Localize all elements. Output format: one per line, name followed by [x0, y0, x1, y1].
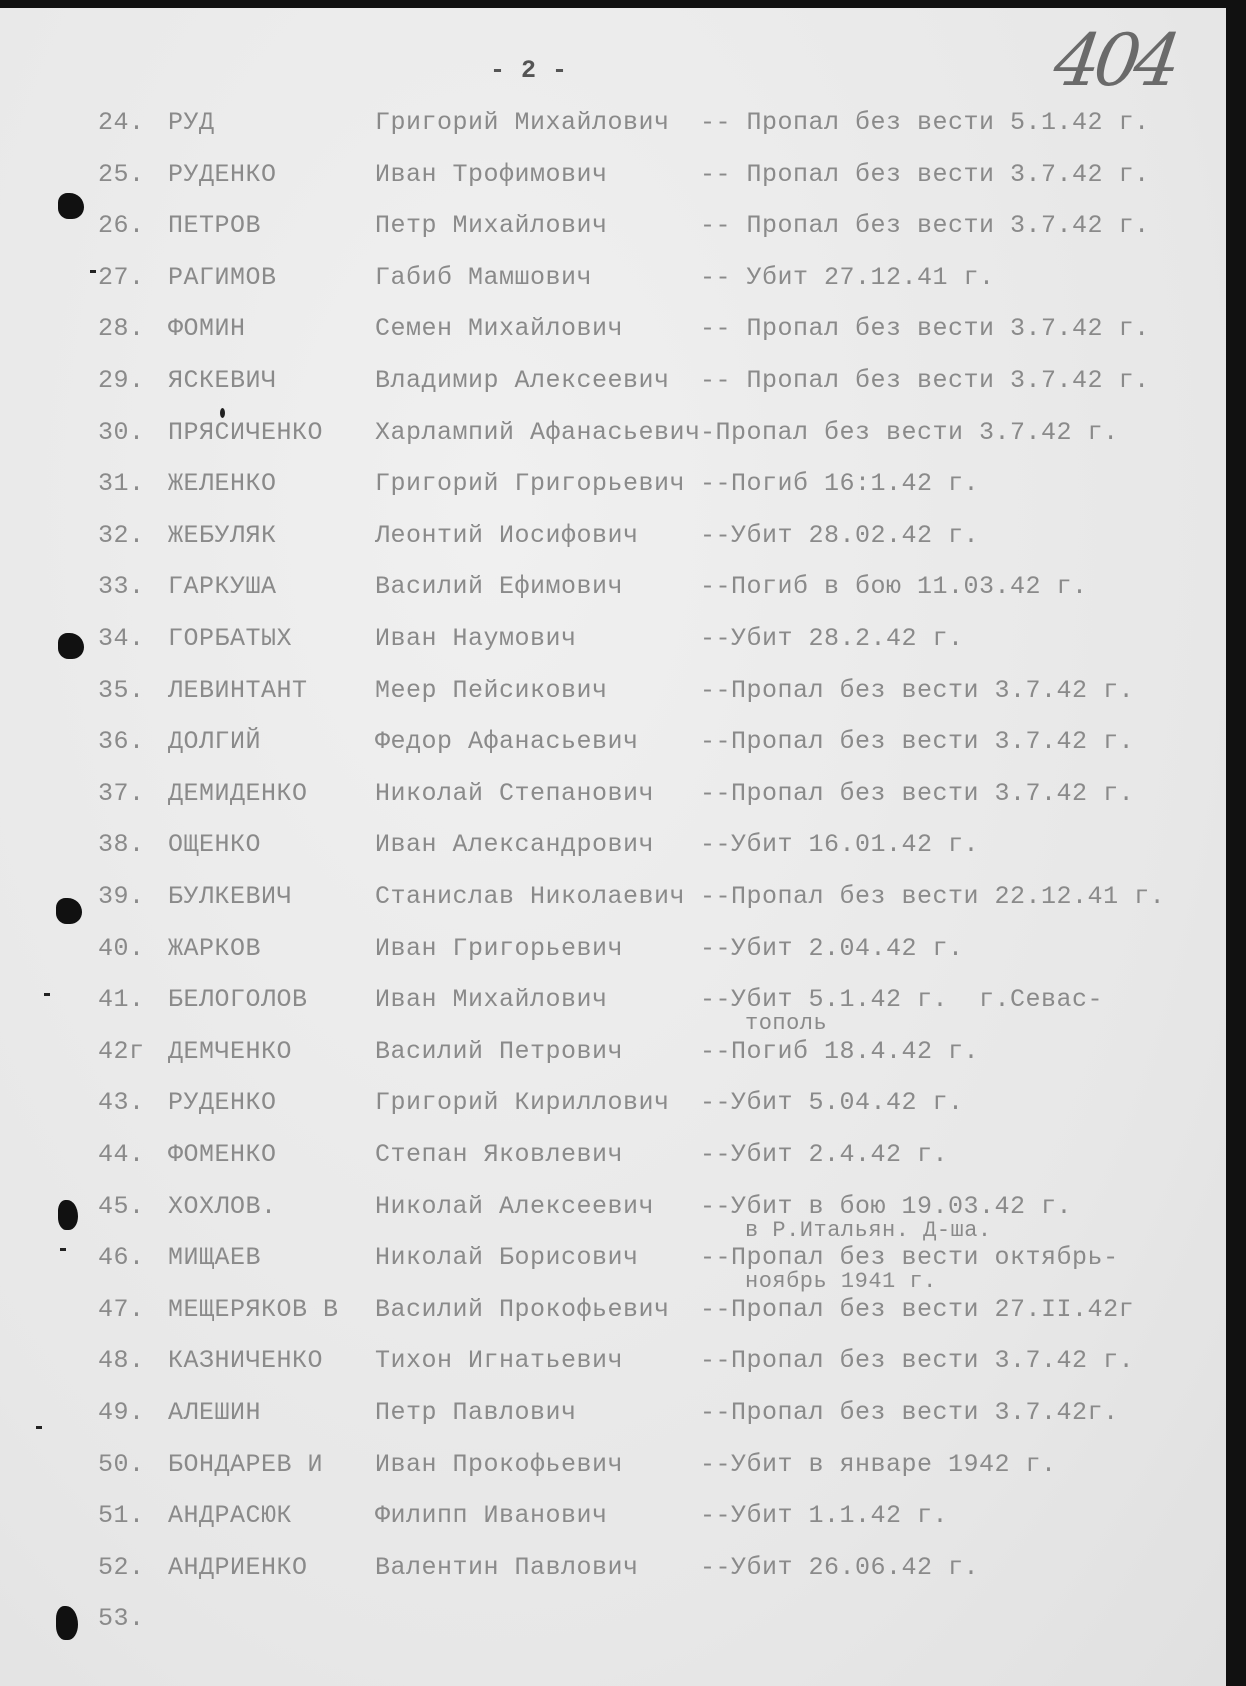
- list-item: 39.БУЛКЕВИЧСтанислав Николаевич--Пропал …: [0, 882, 1226, 916]
- fate-status: --Пропал без вести 3.7.42 г.: [700, 779, 1134, 808]
- fate-status: -- Пропал без вести 3.7.42 г.: [700, 211, 1150, 240]
- list-item: 31.ЖЕЛЕНКОГригорий Григорьевич--Погиб 16…: [0, 469, 1226, 503]
- surname: РУД: [168, 108, 215, 137]
- list-item: 38.ОЩЕНКОИван Александрович--Убит 16.01.…: [0, 830, 1226, 864]
- list-item: 46.МИЩАЕВНиколай Борисович--Пропал без в…: [0, 1243, 1226, 1277]
- entry-number: 39.: [98, 882, 145, 911]
- fate-status: --Пропал без вести 3.7.42г.: [700, 1398, 1119, 1427]
- entry-number: 28.: [98, 314, 145, 343]
- fate-status: --Убит 2.4.42 г.: [700, 1140, 948, 1169]
- entry-number: 50.: [98, 1450, 145, 1479]
- scan-border-top: [0, 0, 1246, 8]
- fate-status: --Пропал без вести 27.II.42г: [700, 1295, 1134, 1324]
- surname: ОЩЕНКО: [168, 830, 261, 859]
- fate-status: -- Пропал без вести 5.1.42 г.: [700, 108, 1150, 137]
- fate-note: в Р.Итальян. Д-ша.: [745, 1218, 992, 1243]
- surname: МЕЩЕРЯКОВ В: [168, 1295, 339, 1324]
- fate-note: тополь: [745, 1011, 827, 1036]
- given-name-patronymic: Иван Александрович: [375, 830, 654, 859]
- ink-blot: [58, 1200, 78, 1230]
- fate-status: --Пропал без вести 3.7.42 г.: [700, 727, 1134, 756]
- speck: [220, 408, 225, 418]
- surname: АНДРАСЮК: [168, 1501, 292, 1530]
- given-name-patronymic: Иван Прокофьевич: [375, 1450, 623, 1479]
- ink-blot: [58, 193, 84, 219]
- list-item: 25.РУДЕНКОИван Трофимович-- Пропал без в…: [0, 160, 1226, 194]
- given-name-patronymic: Валентин Павлович: [375, 1553, 639, 1582]
- given-name-patronymic: Петр Михайлович: [375, 211, 608, 240]
- entry-number: 53.: [98, 1604, 145, 1633]
- surname: ХОХЛОВ.: [168, 1192, 277, 1221]
- entry-number: 47.: [98, 1295, 145, 1324]
- list-item: 29.ЯСКЕВИЧВладимир Алексеевич-- Пропал б…: [0, 366, 1226, 400]
- speck: [60, 1248, 66, 1251]
- surname: ГАРКУША: [168, 572, 277, 601]
- list-item: 40.ЖАРКОВИван Григорьевич--Убит 2.04.42 …: [0, 934, 1226, 968]
- fate-status: --Пропал без вести 3.7.42 г.: [700, 1346, 1134, 1375]
- entry-number: 43.: [98, 1088, 145, 1117]
- list-item: 51.АНДРАСЮКФилипп Иванович--Убит 1.1.42 …: [0, 1501, 1226, 1535]
- list-item: 35.ЛЕВИНТАНТМеер Пейсикович--Пропал без …: [0, 676, 1226, 710]
- surname: РАГИМОВ: [168, 263, 277, 292]
- entry-number: 41.: [98, 985, 145, 1014]
- fate-status: --Погиб в бою 11.03.42 г.: [700, 572, 1088, 601]
- given-name-patronymic: Харлампий Афанасьевич: [375, 418, 701, 447]
- given-name-patronymic: Николай Степанович: [375, 779, 654, 808]
- given-name-patronymic: Григорий Григорьевич: [375, 469, 685, 498]
- fate-status: -- Пропал без вести 3.7.42 г.: [700, 314, 1150, 343]
- ink-blot: [58, 633, 84, 659]
- list-item: 43.РУДЕНКОГригорий Кириллович--Убит 5.04…: [0, 1088, 1226, 1122]
- surname: ЛЕВИНТАНТ: [168, 676, 308, 705]
- handwritten-sheet-number: 404: [1049, 18, 1180, 102]
- list-item: 36.ДОЛГИЙФедор Афанасьевич--Пропал без в…: [0, 727, 1226, 761]
- list-item: 52.АНДРИЕНКОВалентин Павлович--Убит 26.0…: [0, 1553, 1226, 1587]
- entry-number: 51.: [98, 1501, 145, 1530]
- surname: ДЕМЧЕНКО: [168, 1037, 292, 1066]
- given-name-patronymic: Василий Петрович: [375, 1037, 623, 1066]
- entry-number: 38.: [98, 830, 145, 859]
- fate-status: --Убит 26.06.42 г.: [700, 1553, 979, 1582]
- entry-number: 26.: [98, 211, 145, 240]
- fate-status: --Убит 28.2.42 г.: [700, 624, 964, 653]
- fate-status: --Убит 28.02.42 г.: [700, 521, 979, 550]
- given-name-patronymic: Григорий Михайлович: [375, 108, 670, 137]
- entry-number: 46.: [98, 1243, 145, 1272]
- fate-status: --Убит в бою 19.03.42 г.: [700, 1192, 1072, 1221]
- speck: [44, 993, 50, 996]
- page-number: - 2 -: [490, 56, 568, 85]
- list-item: 48.КАЗНИЧЕНКОТихон Игнатьевич--Пропал бе…: [0, 1346, 1226, 1380]
- entry-number: 37.: [98, 779, 145, 808]
- fate-status: --Убит 2.04.42 г.: [700, 934, 964, 963]
- surname: ЖЕЛЕНКО: [168, 469, 277, 498]
- fate-status: --Убит 5.04.42 г.: [700, 1088, 964, 1117]
- speck: [36, 1426, 42, 1429]
- list-item: 37.ДЕМИДЕНКОНиколай Степанович--Пропал б…: [0, 779, 1226, 813]
- list-item: 33.ГАРКУШАВасилий Ефимович--Погиб в бою …: [0, 572, 1226, 606]
- surname: ДЕМИДЕНКО: [168, 779, 308, 808]
- fate-status: --Пропал без вести октябрь-: [700, 1243, 1119, 1272]
- given-name-patronymic: Иван Григорьевич: [375, 934, 623, 963]
- list-item: 42гДЕМЧЕНКОВасилий Петрович--Погиб 18.4.…: [0, 1037, 1226, 1071]
- entry-number: 45.: [98, 1192, 145, 1221]
- surname: РУДЕНКО: [168, 160, 277, 189]
- entry-number: 31.: [98, 469, 145, 498]
- fate-note: ноябрь 1941 г.: [745, 1269, 937, 1294]
- surname: ПРЯСИЧЕНКО: [168, 418, 323, 447]
- list-item: 53.: [0, 1604, 1226, 1638]
- fate-status: --Убит 1.1.42 г.: [700, 1501, 948, 1530]
- scan-border-right: [1226, 0, 1246, 1686]
- surname: БУЛКЕВИЧ: [168, 882, 292, 911]
- given-name-patronymic: Федор Афанасьевич: [375, 727, 639, 756]
- surname: МИЩАЕВ: [168, 1243, 261, 1272]
- surname: ЯСКЕВИЧ: [168, 366, 277, 395]
- entry-number: 42г: [98, 1037, 145, 1066]
- list-item: 26.ПЕТРОВПетр Михайлович-- Пропал без ве…: [0, 211, 1226, 245]
- fate-status: -- Убит 27.12.41 г.: [700, 263, 995, 292]
- entry-number: 29.: [98, 366, 145, 395]
- given-name-patronymic: Петр Павлович: [375, 1398, 577, 1427]
- surname: РУДЕНКО: [168, 1088, 277, 1117]
- list-item: 32.ЖЕБУЛЯКЛеонтий Иосифович--Убит 28.02.…: [0, 521, 1226, 555]
- list-item: 44.ФОМЕНКОСтепан Яковлевич--Убит 2.4.42 …: [0, 1140, 1226, 1174]
- entry-number: 25.: [98, 160, 145, 189]
- fate-status: --Убит 16.01.42 г.: [700, 830, 979, 859]
- list-item: 45.ХОХЛОВ.Николай Алексеевич--Убит в бою…: [0, 1192, 1226, 1226]
- fate-status: --Пропал без вести 3.7.42 г.: [700, 676, 1134, 705]
- surname: АНДРИЕНКО: [168, 1553, 308, 1582]
- entry-number: 49.: [98, 1398, 145, 1427]
- list-item: 28.ФОМИНСемен Михайлович-- Пропал без ве…: [0, 314, 1226, 348]
- given-name-patronymic: Тихон Игнатьевич: [375, 1346, 623, 1375]
- entry-number: 52.: [98, 1553, 145, 1582]
- given-name-patronymic: Меер Пейсикович: [375, 676, 608, 705]
- surname: ФОМЕНКО: [168, 1140, 277, 1169]
- given-name-patronymic: Семен Михайлович: [375, 314, 623, 343]
- given-name-patronymic: Иван Михайлович: [375, 985, 608, 1014]
- fate-status: --Погиб 18.4.42 г.: [700, 1037, 979, 1066]
- entry-number: 24.: [98, 108, 145, 137]
- list-item: 47.МЕЩЕРЯКОВ ВВасилий Прокофьевич--Пропа…: [0, 1295, 1226, 1329]
- entry-number: 32.: [98, 521, 145, 550]
- list-item: 24.РУДГригорий Михайлович-- Пропал без в…: [0, 108, 1226, 142]
- given-name-patronymic: Филипп Иванович: [375, 1501, 608, 1530]
- surname: ПЕТРОВ: [168, 211, 261, 240]
- entry-number: 36.: [98, 727, 145, 756]
- given-name-patronymic: Иван Трофимович: [375, 160, 608, 189]
- list-item: 49.АЛЕШИНПетр Павлович--Пропал без вести…: [0, 1398, 1226, 1432]
- entry-number: 27.: [98, 263, 145, 292]
- surname: БОНДАРЕВ И: [168, 1450, 323, 1479]
- given-name-patronymic: Станислав Николаевич: [375, 882, 685, 911]
- ink-blot: [56, 898, 82, 924]
- entry-number: 40.: [98, 934, 145, 963]
- entry-number: 35.: [98, 676, 145, 705]
- given-name-patronymic: Григорий Кириллович: [375, 1088, 670, 1117]
- surname: ФОМИН: [168, 314, 246, 343]
- surname: КАЗНИЧЕНКО: [168, 1346, 323, 1375]
- speck: [90, 270, 96, 273]
- list-item: 50.БОНДАРЕВ ИИван Прокофьевич--Убит в ян…: [0, 1450, 1226, 1484]
- entry-number: 30.: [98, 418, 145, 447]
- given-name-patronymic: Степан Яковлевич: [375, 1140, 623, 1169]
- surname: БЕЛОГОЛОВ: [168, 985, 308, 1014]
- entry-number: 48.: [98, 1346, 145, 1375]
- given-name-patronymic: Василий Прокофьевич: [375, 1295, 670, 1324]
- given-name-patronymic: Василий Ефимович: [375, 572, 623, 601]
- given-name-patronymic: Владимир Алексеевич: [375, 366, 670, 395]
- surname: ЖЕБУЛЯК: [168, 521, 277, 550]
- given-name-patronymic: Габиб Мамшович: [375, 263, 592, 292]
- given-name-patronymic: Леонтий Иосифович: [375, 521, 639, 550]
- list-item: 27.РАГИМОВГабиб Мамшович-- Убит 27.12.41…: [0, 263, 1226, 297]
- list-item: 30.ПРЯСИЧЕНКОХарлампий Афанасьевич-Пропа…: [0, 418, 1226, 452]
- fate-status: --Убит в январе 1942 г.: [700, 1450, 1057, 1479]
- list-item: 41.БЕЛОГОЛОВИван Михайлович--Убит 5.1.42…: [0, 985, 1226, 1019]
- surname: АЛЕШИН: [168, 1398, 261, 1427]
- fate-status: --Погиб 16:1.42 г.: [700, 469, 979, 498]
- surname: ДОЛГИЙ: [168, 727, 261, 756]
- fate-status: --Убит 5.1.42 г. г.Севас-: [700, 985, 1103, 1014]
- ink-blot: [56, 1606, 78, 1640]
- given-name-patronymic: Иван Наумович: [375, 624, 577, 653]
- entry-number: 33.: [98, 572, 145, 601]
- surname: ЖАРКОВ: [168, 934, 261, 963]
- fate-status: -- Пропал без вести 3.7.42 г.: [700, 366, 1150, 395]
- entry-number: 34.: [98, 624, 145, 653]
- list-item: 34.ГОРБАТЫХИван Наумович--Убит 28.2.42 г…: [0, 624, 1226, 658]
- given-name-patronymic: Николай Борисович: [375, 1243, 639, 1272]
- given-name-patronymic: Николай Алексеевич: [375, 1192, 654, 1221]
- fate-status: -- Пропал без вести 3.7.42 г.: [700, 160, 1150, 189]
- document-page: - 2 - 404 24.РУДГригорий Михайлович-- Пр…: [0, 8, 1226, 1686]
- fate-status: -Пропал без вести 3.7.42 г.: [700, 418, 1119, 447]
- surname: ГОРБАТЫХ: [168, 624, 292, 653]
- entry-number: 44.: [98, 1140, 145, 1169]
- fate-status: --Пропал без вести 22.12.41 г.: [700, 882, 1165, 911]
